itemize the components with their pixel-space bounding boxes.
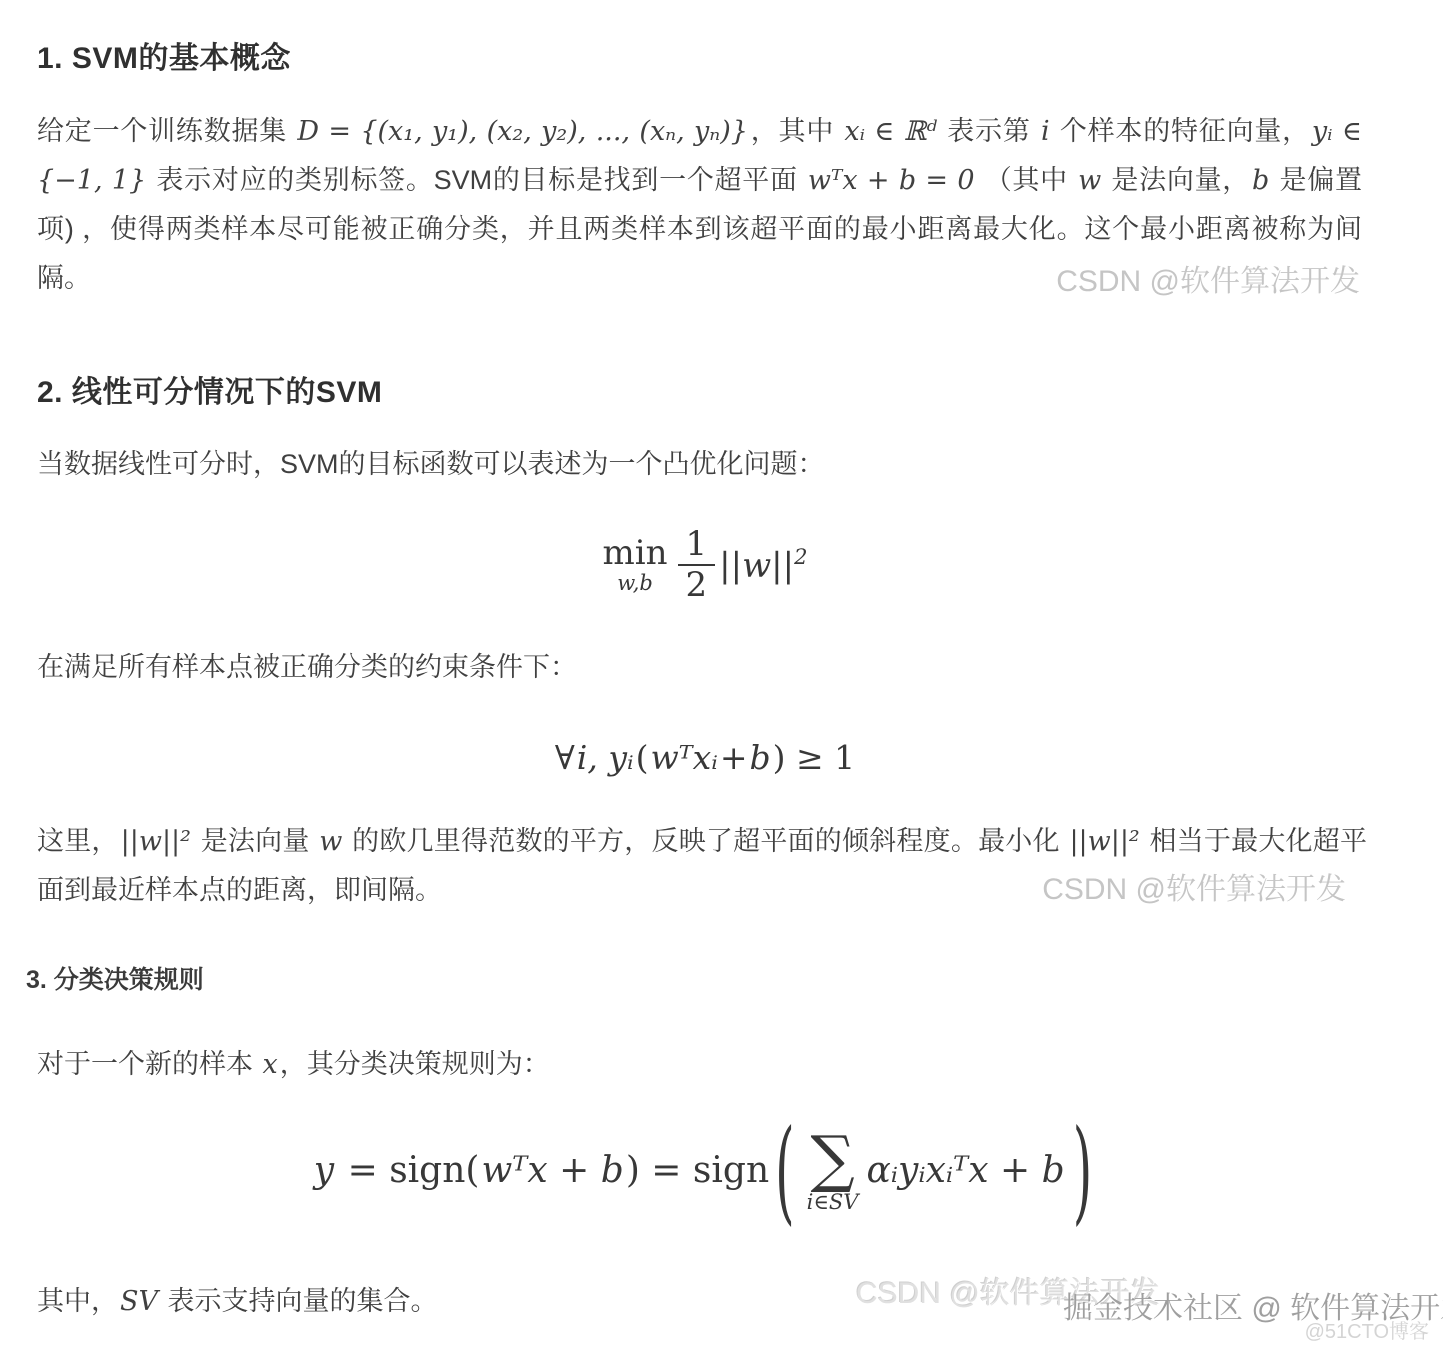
inline-math: SV	[118, 1286, 160, 1317]
norm-exponent: 2	[794, 545, 807, 569]
inline-math: ||w||²	[1067, 826, 1141, 857]
inline-text: ，其中	[750, 116, 842, 146]
min-operator: min	[603, 536, 668, 572]
decision-lhs: y = sign(wᵀx + b) = sign	[312, 1150, 769, 1191]
inline-math: xᵢ ∈ ℝᵈ	[842, 116, 939, 147]
section-heading-3: 3. 分类决策规则	[26, 960, 204, 996]
inline-math: x	[261, 1049, 280, 1080]
inline-text: 表示支持向量的集合。	[160, 1286, 438, 1316]
inline-text: 在满足所有样本点被正确分类的约束条件下：	[37, 652, 577, 682]
inline-math: D = {(x₁, y₁), (x₂, y₂), ..., (xₙ, yₙ)}	[295, 116, 750, 147]
inline-text: 表示对应的类别标签。SVM的目标是找到一个超平面	[148, 165, 806, 195]
sum-symbol: ∑	[810, 1128, 854, 1190]
inline-text: ，其分类决策规则为：	[280, 1049, 550, 1079]
inline-text: 是法向量	[193, 826, 317, 856]
inline-math: wᵀx + b = 0	[806, 165, 977, 196]
inline-math: b	[1250, 165, 1271, 196]
inline-math: wᵀx + b	[479, 1150, 625, 1191]
norm-base: ||w||	[719, 545, 794, 585]
inline-text: 是法向量，	[1103, 165, 1250, 195]
norm-term: ||w||2	[719, 545, 807, 585]
inline-math: w	[317, 826, 344, 857]
formula-constraint: ∀i, yᵢ(wᵀxᵢ + b) ≥ 1	[555, 738, 855, 777]
inline-math: αᵢyᵢxᵢᵀx + b	[864, 1150, 1066, 1191]
formula-decision-row: y = sign(wᵀx + b) = sign ( ∑ i∈SV αᵢyᵢxᵢ…	[0, 1128, 1410, 1213]
inline-text: (	[636, 738, 649, 777]
inline-text: ∀	[555, 738, 575, 777]
sum-subscript: i∈SV	[807, 1192, 859, 1213]
watermark-csdn-1: CSDN @软件算法开发	[1056, 256, 1360, 300]
paragraph-linear-separable: 当数据线性可分时，SVM的目标函数可以表述为一个凸优化问题：	[37, 440, 1362, 489]
inline-text: ) ≥ 1	[773, 738, 856, 777]
fraction-numerator: 1	[678, 525, 716, 566]
inline-text: 的欧几里得范数的平方，反映了超平面的倾斜程度。最小化	[344, 826, 1067, 856]
inline-text: = sign(	[336, 1150, 479, 1191]
inline-text: 当数据线性可分时，SVM的目标函数可以表述为一个凸优化问题：	[37, 449, 825, 479]
inline-text: 其中，	[37, 1286, 118, 1316]
paragraph-constraint-intro: 在满足所有样本点被正确分类的约束条件下：	[37, 643, 1362, 692]
formula-decision: y = sign(wᵀx + b) = sign ( ∑ i∈SV αᵢyᵢxᵢ…	[312, 1128, 1098, 1213]
inline-text: （其中	[977, 165, 1077, 195]
fraction-denominator: 2	[686, 566, 708, 605]
sum-block: ∑ i∈SV	[807, 1128, 859, 1213]
big-paren-close: )	[1073, 1114, 1093, 1227]
min-subscript: w,b	[617, 573, 653, 594]
inline-text: 这里，	[37, 826, 119, 856]
inline-text: ) = sign	[626, 1150, 769, 1191]
inline-math: w	[1076, 165, 1103, 196]
fraction-one-half: 1 2	[678, 525, 716, 605]
article-page: 1. SVM的基本概念 给定一个训练数据集 D = {(x₁, y₁), (x₂…	[0, 0, 1443, 1351]
section-heading-1: 1. SVM的基本概念	[37, 33, 291, 77]
inline-text: 表示第	[939, 116, 1039, 146]
formula-objective: min w,b 1 2 ||w||2	[603, 525, 808, 605]
section-heading-2: 2. 线性可分情况下的SVM	[37, 367, 382, 411]
inline-math: ||w||²	[119, 826, 193, 857]
inline-math: i, yᵢ	[575, 738, 636, 777]
inline-text: 对于一个新的样本	[37, 1049, 261, 1079]
watermark-51cto: @51CTO博客	[1305, 1315, 1429, 1344]
formula-constraint-row: ∀i, yᵢ(wᵀxᵢ + b) ≥ 1	[0, 738, 1410, 777]
inline-math: y	[312, 1150, 336, 1191]
inline-text: +	[720, 738, 748, 777]
decision-body: αᵢyᵢxᵢᵀx + b	[864, 1150, 1066, 1191]
inline-text: 个样本的特征向量，	[1052, 116, 1310, 146]
min-operator-block: min w,b	[603, 536, 668, 595]
inline-math: i	[1039, 116, 1052, 147]
big-paren-open: (	[775, 1114, 795, 1227]
formula-objective-row: min w,b 1 2 ||w||2	[0, 525, 1410, 605]
inline-text: 给定一个训练数据集	[37, 116, 295, 146]
inline-math: wᵀxᵢ	[648, 738, 719, 777]
watermark-csdn-2: CSDN @软件算法开发	[1042, 864, 1346, 908]
inline-math: b	[748, 738, 773, 777]
paragraph-decision-intro: 对于一个新的样本 x，其分类决策规则为：	[37, 1040, 1362, 1089]
